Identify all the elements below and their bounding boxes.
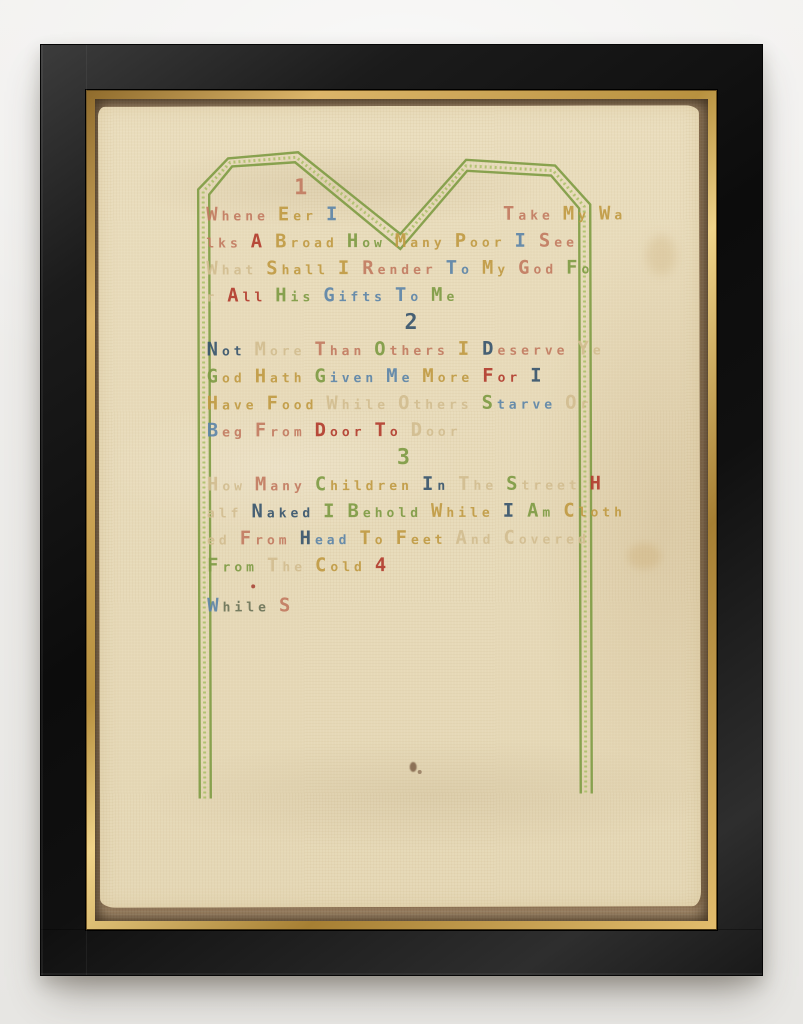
stitched-word: 1 — [294, 174, 311, 203]
stitched-word: Gifts — [323, 282, 386, 311]
stitched-word: More — [422, 363, 473, 392]
stitched-word: tarve — [497, 392, 556, 419]
stitched-word: In — [422, 471, 449, 500]
stitched-word: Others — [398, 390, 473, 419]
stitched-line: alfNakedIBeholdWhileIAmCloth — [207, 497, 627, 525]
stitched-word: Many — [255, 471, 306, 500]
stitched-word: Me — [386, 363, 413, 392]
stitched-word: Or — [565, 389, 592, 418]
stitched-word: How — [207, 471, 246, 500]
stitched-word: Hath — [255, 363, 306, 392]
stitched-word: I — [323, 498, 338, 527]
stitched-line: WhatShallIRenderToMyGodFo — [206, 254, 626, 282]
stitched-word: I — [338, 255, 353, 284]
stitched-word: Eer — [278, 201, 317, 230]
stitched-word: Take — [503, 201, 554, 230]
stitched-word: Door — [411, 417, 462, 446]
stitched-line: HowManyChildrenInTheStreetH — [207, 470, 627, 498]
stitched-word: r — [206, 284, 218, 311]
stitched-word: H — [590, 470, 605, 499]
stitched-word: From — [240, 525, 291, 554]
stitched-word: God — [518, 255, 557, 284]
stitched-word: hile — [223, 594, 270, 621]
sampler-verses: 1WheneEerITakeMyWalksABroadHowManyPoorIS… — [206, 173, 627, 619]
stitched-word: To — [374, 417, 401, 446]
stitched-word: eg — [222, 419, 246, 446]
stitched-word: O — [374, 336, 389, 365]
stitched-word: D — [482, 336, 497, 365]
stitched-word: I — [326, 201, 341, 230]
stitched-word: From — [255, 417, 306, 446]
stitched-word: To — [446, 255, 473, 284]
stitched-word: Me — [431, 282, 458, 311]
stitched-word: Feet — [396, 525, 447, 554]
stitched-word: B — [207, 417, 222, 446]
stitched-line-right: TakeMyWa — [503, 200, 626, 227]
stitched-word: All — [227, 282, 266, 311]
stitched-word: Door — [315, 417, 366, 446]
stitched-line: HaveFoodWhileOthersStarveOr — [207, 389, 627, 417]
stitched-word: More — [255, 336, 306, 365]
stitched-word: His — [275, 282, 314, 311]
stitched-word: G — [314, 363, 329, 392]
stitched-line: WheneEerITakeMyWa — [206, 200, 626, 228]
stitched-word: Wa — [599, 200, 626, 229]
stitched-word: Covered — [503, 525, 589, 554]
stitched-word: alf — [207, 500, 243, 527]
stitched-word: eserve — [497, 338, 568, 365]
sampler-fabric: 1WheneEerITakeMyWalksABroadHowManyPoorIS… — [98, 105, 701, 908]
stitched-word: To — [359, 525, 386, 554]
stitched-word: Than — [314, 336, 365, 365]
stitched-word: Render — [362, 255, 437, 284]
stitched-word: Poor — [455, 228, 506, 257]
stitched-word: The — [267, 552, 306, 581]
stitched-word: While — [431, 498, 494, 527]
stitched-line: GodHathGivenMeMoreForI — [207, 362, 627, 390]
stitched-word: od — [222, 365, 246, 392]
stitched-word: And — [455, 525, 494, 554]
stitched-word: How — [347, 228, 386, 257]
stitched-word: To — [395, 282, 422, 311]
stitched-word: H — [300, 525, 315, 554]
stitched-word: ed — [207, 527, 231, 554]
stitched-line: NotMoreThanOthersIDeserveYe — [207, 335, 627, 363]
stitched-word: My — [563, 201, 590, 230]
stitched-word: Ye — [577, 335, 604, 364]
verse-number: 2 — [206, 308, 626, 336]
stitched-word: My — [482, 255, 509, 284]
stitched-word: Naked — [251, 498, 314, 527]
stitched-line: rAllHisGiftsToMe — [206, 281, 626, 309]
stitched-word: 3 — [397, 444, 414, 473]
gold-fillet: 1WheneEerITakeMyWalksABroadHowManyPoorIS… — [86, 90, 717, 930]
stitched-word: Cold — [315, 552, 366, 581]
stitched-word: See — [539, 228, 578, 257]
stitched-word: Not — [207, 336, 246, 365]
stitched-word: S — [506, 471, 521, 500]
stitched-word: ead — [315, 527, 351, 554]
stitched-word: While — [326, 390, 389, 419]
stitched-word: Fo — [566, 254, 593, 283]
stitched-word: Whene — [206, 201, 269, 230]
stitched-word: A — [251, 228, 266, 257]
stitched-word: C — [315, 471, 330, 500]
signature-line: WhileS — [207, 591, 627, 619]
stitched-line: edFromHeadToFeetAndCovered — [207, 524, 627, 552]
wall-background: 1WheneEerITakeMyWalksABroadHowManyPoorIS… — [0, 0, 803, 1024]
stitched-word: Cloth — [563, 497, 626, 526]
stitched-word: Am — [527, 498, 554, 527]
stitched-line: BegFromDoorToDoor — [207, 416, 627, 444]
stitched-word: Shall — [266, 255, 329, 284]
stitched-word: 2 — [404, 309, 421, 338]
stitched-word: Many — [395, 228, 446, 257]
stitched-word: What — [206, 255, 257, 284]
stitched-word: lks — [206, 230, 242, 257]
stitched-word: I — [514, 228, 529, 257]
stitched-word: B — [347, 498, 362, 527]
stitched-word: W — [207, 592, 222, 621]
stitched-word: I — [530, 363, 545, 392]
stitched-line: FromTheCold4 — [207, 551, 627, 579]
stitched-line: lksABroadHowManyPoorISee — [206, 227, 626, 255]
stitched-word: I — [458, 336, 473, 365]
stitched-word: iven — [330, 365, 377, 392]
stitched-word: hildren — [330, 473, 413, 500]
stitched-word: The — [458, 471, 497, 500]
stitched-word: ehold — [363, 500, 422, 527]
stitched-word: thers — [390, 338, 449, 365]
stitched-word: I — [503, 498, 518, 527]
verse-number: 1 — [206, 173, 626, 201]
verse-number: 3 — [207, 443, 627, 471]
stitched-word: S — [482, 390, 497, 419]
picture-frame: 1WheneEerITakeMyWalksABroadHowManyPoorIS… — [40, 44, 763, 976]
stitched-word: G — [207, 363, 222, 392]
stitched-word: For — [482, 363, 521, 392]
stitched-word: From — [207, 552, 258, 581]
stitched-word: S — [279, 592, 294, 621]
stitched-word: Food — [267, 390, 318, 419]
stitched-word: treet — [521, 473, 580, 500]
stitched-line-left: WheneEerI — [206, 201, 341, 228]
stitched-word: 4 — [375, 552, 390, 581]
backing-mount: 1WheneEerITakeMyWalksABroadHowManyPoorIS… — [95, 99, 708, 921]
stitched-word: Have — [207, 390, 258, 419]
stitched-word: Broad — [275, 228, 338, 257]
